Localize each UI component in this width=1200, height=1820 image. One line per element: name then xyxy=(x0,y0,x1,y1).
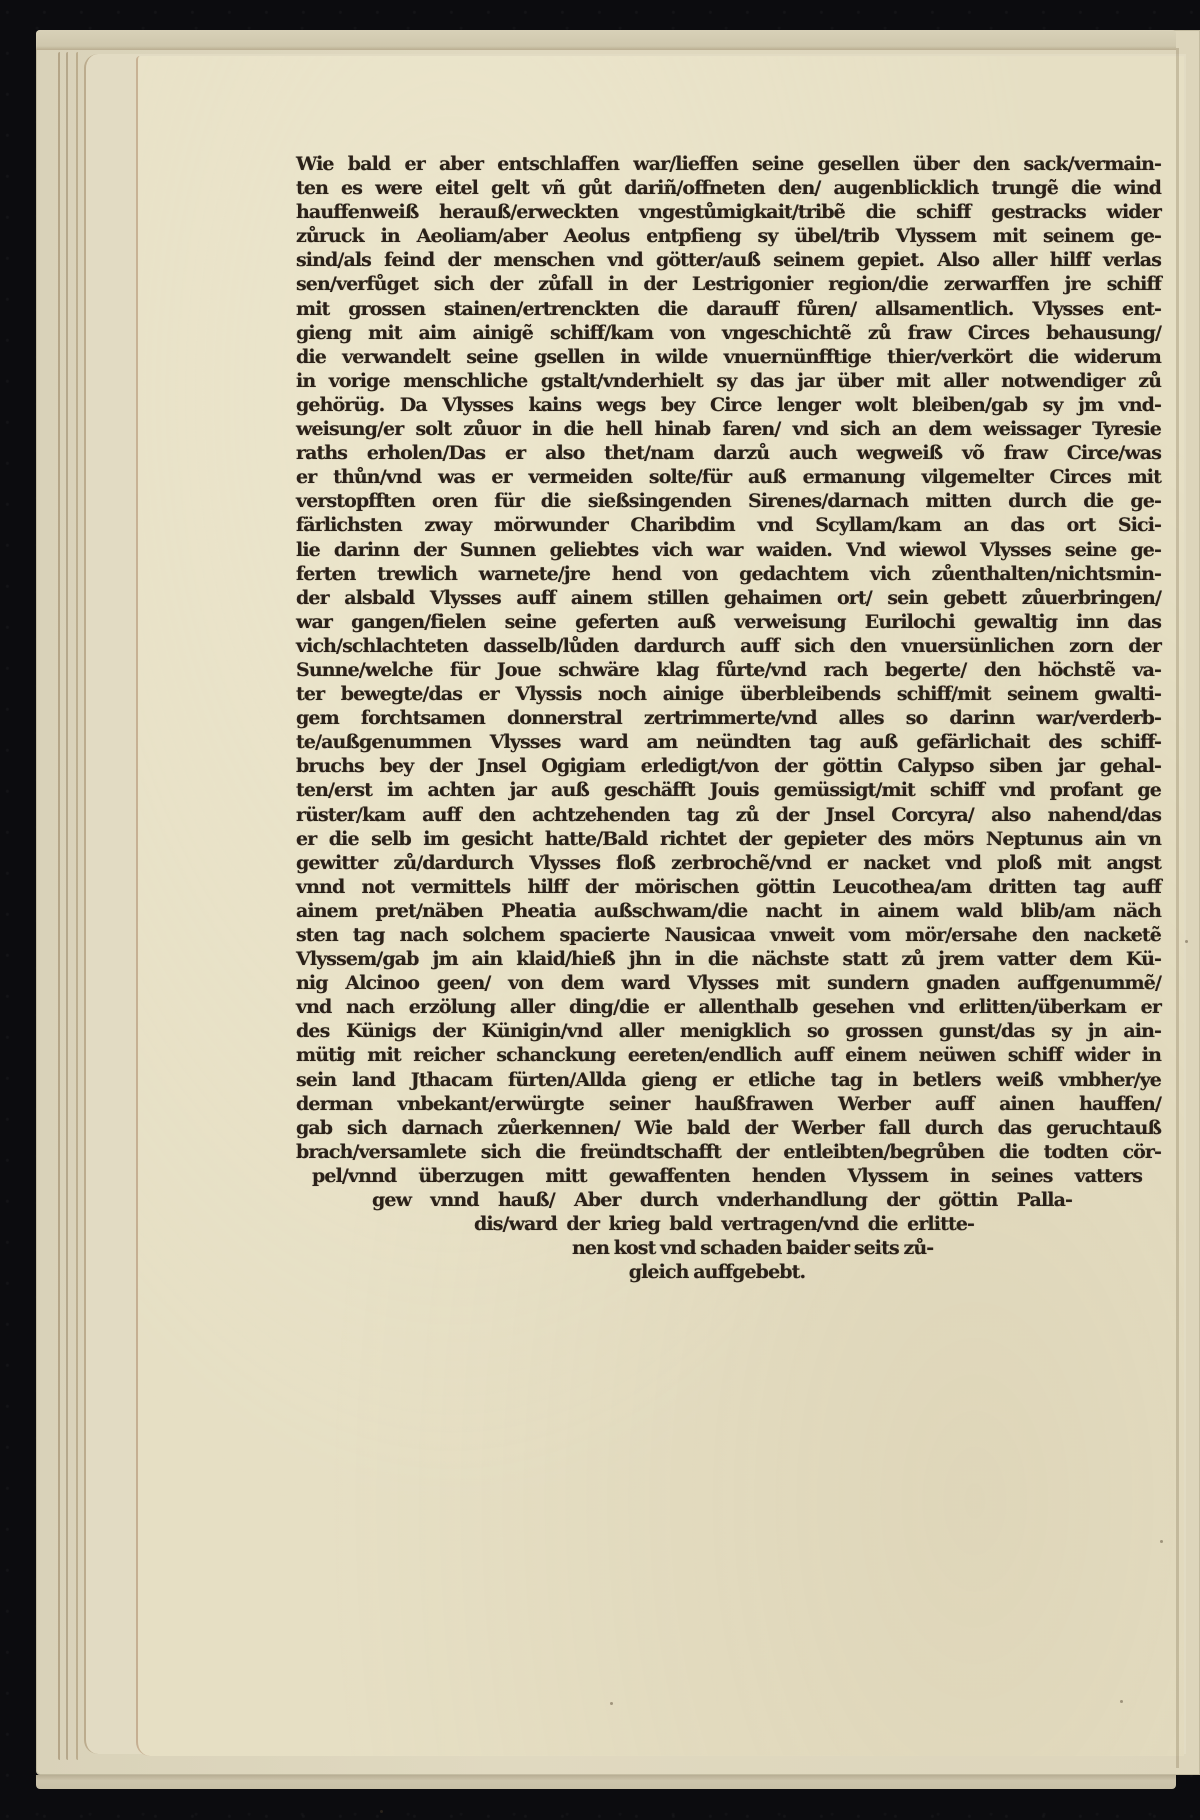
text-line-tapered: pel/vnnd überzugen mitt gewaffenten hend… xyxy=(312,1164,1142,1188)
cover-bottom-edge xyxy=(36,1775,1176,1789)
paper-speck xyxy=(1160,1540,1163,1543)
text-line: vnd nach erzölung aller ding/die er alle… xyxy=(296,995,1161,1019)
text-line: Vlyssem/gab jm ain klaid/hieß jhn in die… xyxy=(296,947,1161,971)
text-line: die verwandelt seine gsellen in wilde vn… xyxy=(296,345,1161,369)
text-line-tapered: dis/ward der krieg bald vertragen/vnd di… xyxy=(474,1212,974,1236)
page-edge xyxy=(66,52,68,1760)
text-line: te/außgenummen Vlysses ward am neündten … xyxy=(296,730,1161,754)
text-line: bruchs bey der Jnsel Ogigiam erledigt/vo… xyxy=(296,754,1161,778)
page-fold-line xyxy=(1176,48,1179,1768)
text-line-tapered: nen kost vnd schaden baider seits zů- xyxy=(572,1236,882,1260)
text-line: Wie bald er aber entschlaffen war/lieffe… xyxy=(296,152,1161,176)
text-line: gehörüg. Da Vlysses kains wegs bey Circe… xyxy=(296,393,1161,417)
text-line: der alsbald Vlysses auff ainem stillen g… xyxy=(296,586,1161,610)
text-line: lie darinn der Sunnen geliebtes vich war… xyxy=(296,538,1161,562)
text-line: sen/verfůget sich der zůfall in der Lest… xyxy=(296,272,1161,296)
text-line: gieng mit aim ainigẽ schiff/kam von vnge… xyxy=(296,321,1161,345)
text-line: in vorige menschliche gstalt/vnderhielt … xyxy=(296,369,1161,393)
cover-top-edge xyxy=(36,30,1176,50)
text-line: derman vnbekant/erwürgte seiner haußfraw… xyxy=(296,1092,1161,1116)
text-line-final: gleich auffgebebt. xyxy=(622,1260,812,1284)
text-line: gem forchtsamen donnerstral zertrimmerte… xyxy=(296,706,1161,730)
text-line: verstopfften oren für die sießsingenden … xyxy=(296,489,1161,513)
text-line: mit grossen stainen/ertrenckten die dara… xyxy=(296,297,1161,321)
paper-speck xyxy=(1120,1700,1123,1703)
text-line: sind/als feind der menschen vnd götter/a… xyxy=(296,248,1161,272)
text-line: gewitter zů/dardurch Vlysses floß zerbro… xyxy=(296,851,1161,875)
text-line: er thůn/vnd was er vermeiden solte/für a… xyxy=(296,465,1161,489)
text-line: vich/schlachteten dasselb/lůden dardurch… xyxy=(296,634,1161,658)
page-edge xyxy=(76,52,78,1760)
text-line: ten/erst im achten jar auß geschäfft Jou… xyxy=(296,778,1161,802)
paper-speck xyxy=(380,1810,383,1813)
text-line: Sunne/welche für Joue schwäre klag fůrte… xyxy=(296,658,1161,682)
text-line: nig Alcinoo geen/ von dem ward Vlysses m… xyxy=(296,971,1161,995)
page-edge xyxy=(58,52,60,1760)
text-line: ter bewegte/das er Vlyssis noch ainige ü… xyxy=(296,682,1161,706)
text-line: sein land Jthacam fürten/Allda gieng er … xyxy=(296,1068,1161,1092)
paper-speck xyxy=(1185,940,1188,943)
text-line: ten es were eitel gelt vñ gůt dariñ/offn… xyxy=(296,176,1161,200)
text-line: ferten trewlich warnete/jre hend von ged… xyxy=(296,562,1161,586)
text-line: gab sich darnach zůerkennen/ Wie bald de… xyxy=(296,1116,1161,1140)
text-line: vnnd not vermittels hilff der mörischen … xyxy=(296,875,1161,899)
text-line-tapered: gew vnnd hauß/ Aber durch vnderhandlung … xyxy=(372,1188,1072,1212)
text-line: ainem pret/näben Pheatia außschwam/die n… xyxy=(296,899,1161,923)
text-line: des Künigs der Künigin/vnd aller menigkl… xyxy=(296,1019,1161,1043)
text-line: zůruck in Aeoliam/aber Aeolus entpfieng … xyxy=(296,224,1161,248)
text-line: sten tag nach solchem spacierte Nausicaa… xyxy=(296,923,1161,947)
text-line: weisung/er solt zůuor in die hell hinab … xyxy=(296,417,1161,441)
text-line: rüster/kam auff den achtzehenden tag zů … xyxy=(296,803,1161,827)
body-text: Wie bald er aber entschlaffen war/lieffe… xyxy=(296,152,1176,1284)
text-line: war gangen/fielen seine geferten auß ver… xyxy=(296,610,1161,634)
text-line: hauffenweiß herauß/erweckten vngestůmigk… xyxy=(296,200,1161,224)
text-line: färlichsten zway mörwunder Charibdim vnd… xyxy=(296,513,1161,537)
paper-speck xyxy=(610,1702,613,1705)
text-line: er die selb im gesicht hatte/Bald richte… xyxy=(296,827,1161,851)
text-line: brach/versamlete sich die freündtschafft… xyxy=(296,1140,1161,1164)
text-line: mütig mit reicher schanckung eereten/end… xyxy=(296,1043,1161,1067)
text-line: raths erholen/Das er also thet/nam darzů… xyxy=(296,441,1161,465)
